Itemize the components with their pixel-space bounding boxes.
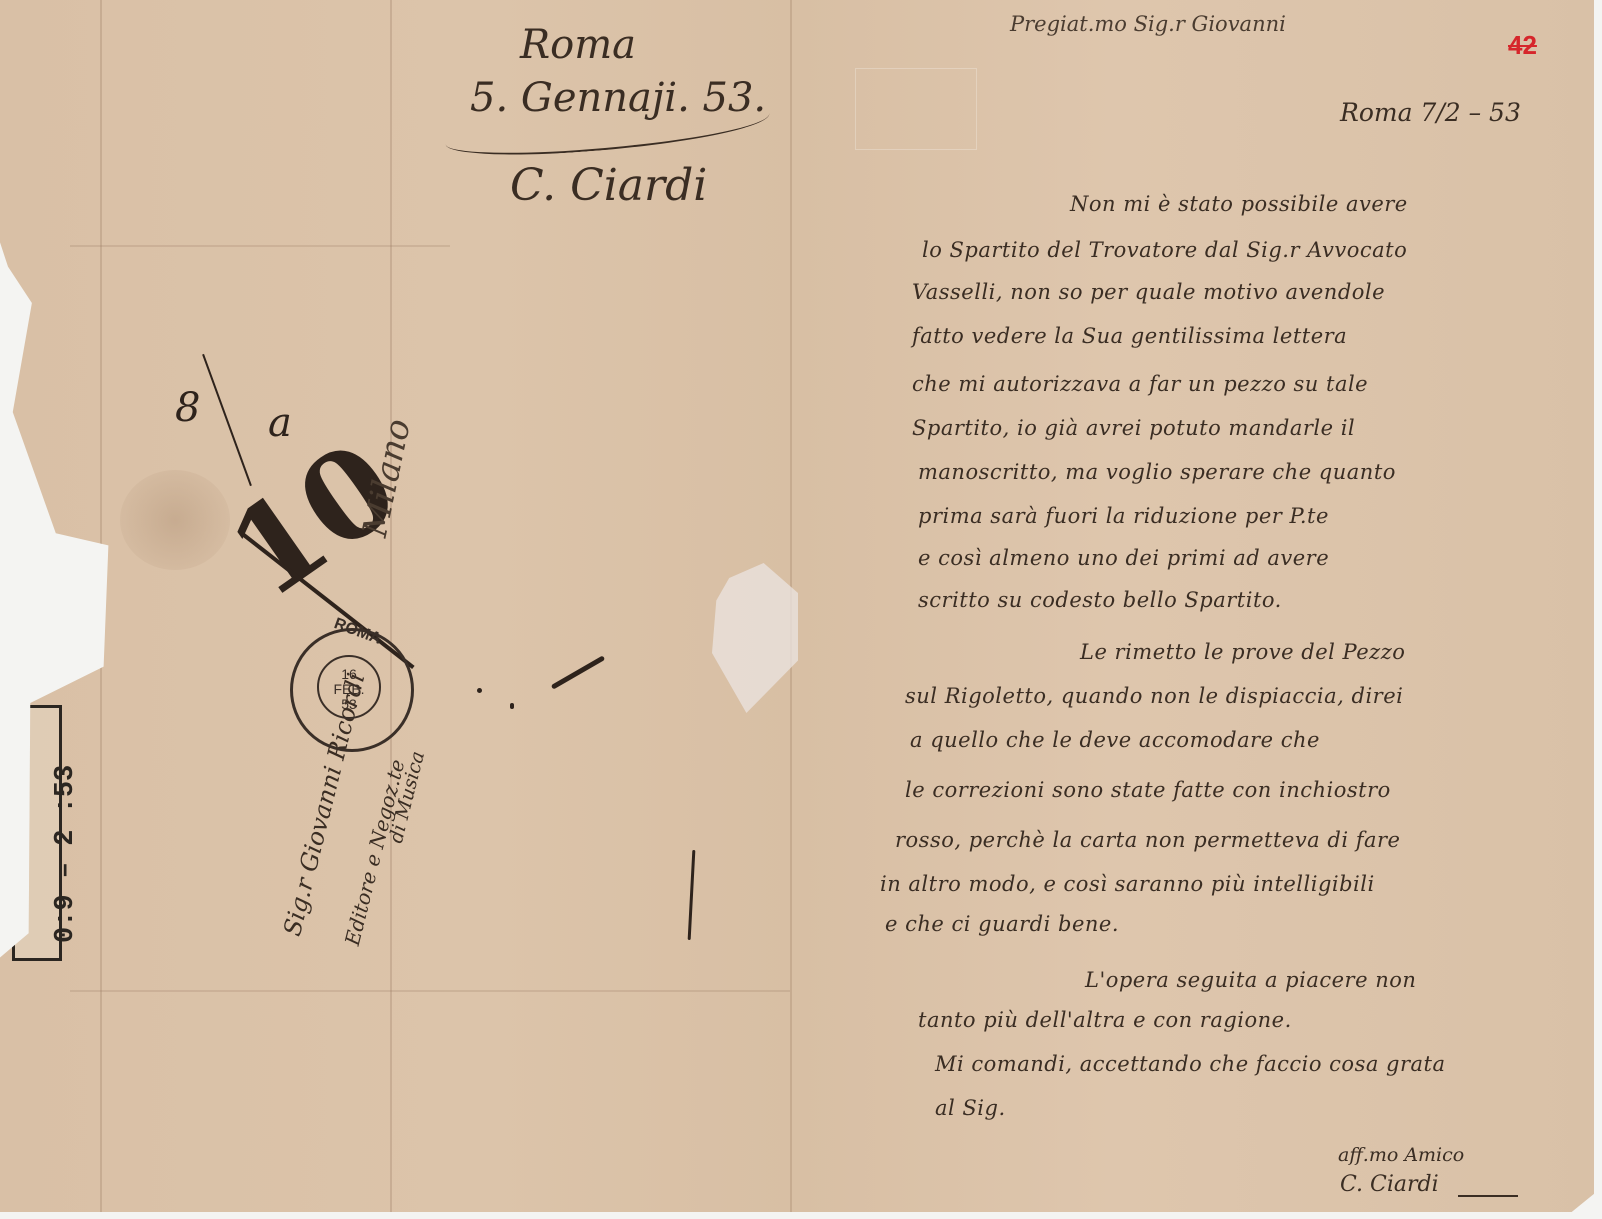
postmark-year: 53 bbox=[319, 697, 379, 712]
ink-dot bbox=[477, 688, 482, 693]
postmark: ROMA 16 FEB. 53 bbox=[290, 628, 414, 752]
letter-dateline: Roma 7/2 – 53 bbox=[1340, 98, 1521, 127]
fold-line bbox=[70, 245, 450, 247]
letter-line: sul Rigoletto, quando non le dispiaccia,… bbox=[905, 684, 1403, 708]
letter-line: rosso, perchè la carta non permetteva di… bbox=[895, 828, 1400, 852]
letter-line: a quello che le deve accomodare che bbox=[910, 728, 1320, 752]
letter-line: che mi autorizzava a far un pezzo su tal… bbox=[912, 372, 1368, 396]
receipt-stamp-text: 0:9 – 2 :53 bbox=[51, 765, 81, 943]
letter-line: al Sig. bbox=[935, 1096, 1006, 1120]
letter-line: fatto vedere la Sua gentilissima lettera bbox=[912, 324, 1347, 348]
archive-number: 42 bbox=[1508, 30, 1537, 61]
letter-line: le correzioni sono state fatte con inchi… bbox=[905, 778, 1391, 802]
letter-line: e così almeno uno dei primi ad avere bbox=[918, 546, 1329, 570]
letter-line: in altro modo, e così saranno più intell… bbox=[880, 872, 1375, 896]
letter-line: tanto più dell'altra e con ragione. bbox=[918, 1008, 1292, 1032]
letter-line: e che ci guardi bene. bbox=[885, 912, 1119, 936]
letter-line: Vasselli, non so per quale motivo avendo… bbox=[912, 280, 1385, 304]
receipt-stamp: 0:9 – 2 :53 bbox=[12, 705, 62, 961]
salutation: Pregiat.mo Sig.r Giovanni bbox=[1010, 12, 1286, 36]
rate-fraction-top: 8 bbox=[175, 385, 200, 431]
postmark-day: 16 bbox=[319, 667, 379, 682]
letter-line: Mi comandi, accettando che faccio cosa g… bbox=[935, 1052, 1446, 1076]
ink-stroke bbox=[688, 850, 696, 940]
letter-line: Spartito, io già avrei potuto mandarle i… bbox=[912, 416, 1355, 440]
closing: aff.mo Amico bbox=[1338, 1144, 1464, 1166]
fold-line bbox=[70, 990, 790, 992]
signature-underline bbox=[1458, 1195, 1518, 1197]
docket-place: Roma bbox=[520, 22, 636, 68]
seal-tear-patch bbox=[712, 563, 798, 713]
fold-line bbox=[100, 0, 102, 1212]
letter-sheet: Roma 5. Gennaji. 53. C. Ciardi 42 Pregia… bbox=[0, 0, 1594, 1212]
signature: C. Ciardi bbox=[1340, 1172, 1439, 1197]
rate-fraction-bar bbox=[202, 354, 252, 486]
ink-dot bbox=[510, 703, 514, 709]
letter-line: prima sarà fuori la riduzione per P.te bbox=[918, 504, 1329, 528]
embossed-paper-mark bbox=[855, 68, 977, 150]
docket-sender: C. Ciardi bbox=[510, 160, 707, 211]
letter-line: scritto su codesto bello Spartito. bbox=[918, 588, 1282, 612]
postmark-month: FEB. bbox=[319, 682, 379, 697]
letter-line: L'opera seguita a piacere non bbox=[1085, 968, 1416, 992]
postmark-date: 16 FEB. 53 bbox=[317, 655, 381, 719]
letter-line: manoscritto, ma voglio sperare che quant… bbox=[918, 460, 1396, 484]
letter-line: Non mi è stato possibile avere bbox=[1070, 192, 1408, 216]
letter-line: Le rimetto le prove del Pezzo bbox=[1080, 640, 1405, 664]
fold-line bbox=[390, 0, 392, 1212]
rate-fraction-bottom: a bbox=[268, 400, 292, 446]
letter-line: lo Spartito del Trovatore dal Sig.r Avvo… bbox=[922, 238, 1407, 262]
ink-stroke bbox=[551, 655, 605, 689]
